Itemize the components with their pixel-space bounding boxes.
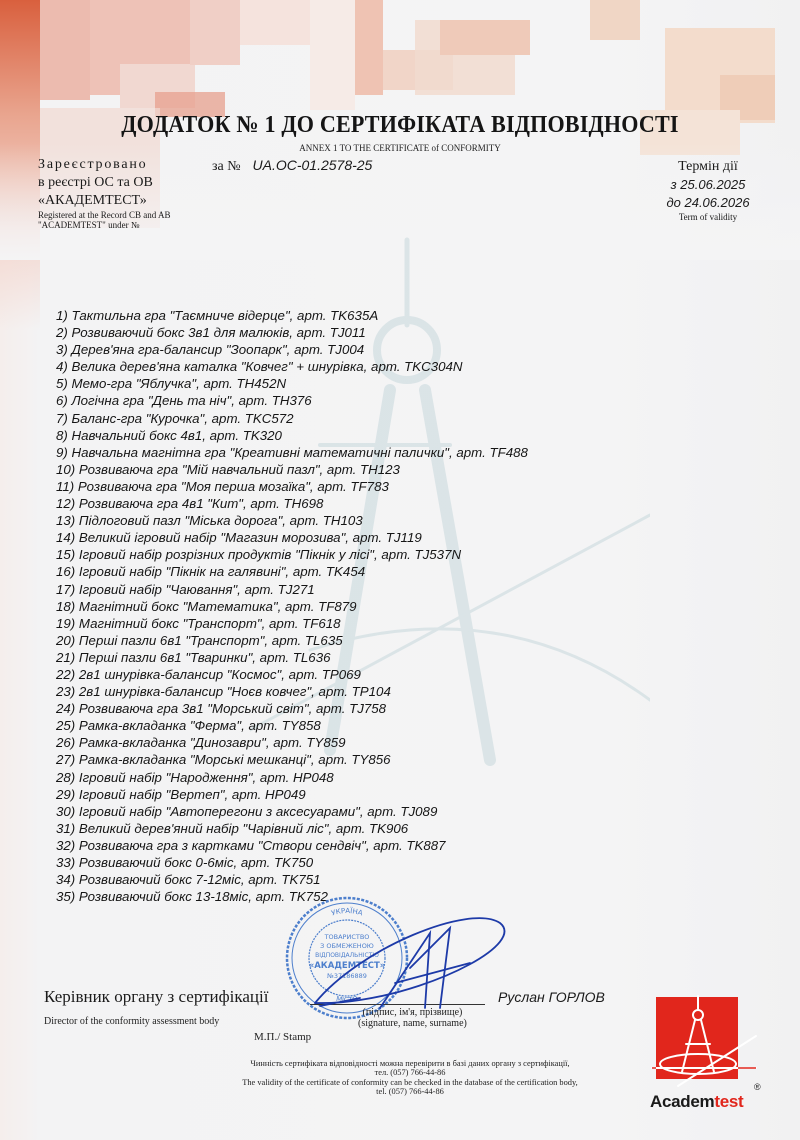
footer-line-4: tel. (057) 766-44-86 bbox=[180, 1087, 640, 1096]
product-list-item: 20) Перші пазли 6в1 "Транспорт", арт. TL… bbox=[56, 632, 528, 649]
product-list-item: 32) Розвиваюча гра з картками "Створи се… bbox=[56, 837, 528, 854]
registration-en-line-1: Registered at the Record CB and AB bbox=[38, 210, 170, 220]
footer-line-3: The validity of the certificate of confo… bbox=[180, 1078, 640, 1087]
product-list-item: 24) Розвиваюча гра 3в1 "Морський світ", … bbox=[56, 700, 528, 717]
product-list-item: 6) Логічна гра "День та ніч", арт. TH376 bbox=[56, 392, 528, 409]
product-list-item: 34) Розвиваючий бокс 7-12міс, арт. TK751 bbox=[56, 871, 528, 888]
certificate-number-value: UA.OC-01.2578-25 bbox=[253, 157, 373, 173]
document-subtitle: ANNEX 1 TO THE CERTIFICATE of CONFORMITY bbox=[0, 143, 800, 153]
product-list-item: 5) Мемо-гра "Яблучка", арт. TH452N bbox=[56, 375, 528, 392]
certificate-number-prefix: за № bbox=[212, 159, 241, 174]
product-list-item: 4) Велика дерев'яна каталка "Ковчег" + ш… bbox=[56, 358, 528, 375]
certificate-annex-page: ДОДАТОК № 1 ДО СЕРТИФІКАТА ВІДПОВІДНОСТІ… bbox=[0, 0, 800, 1140]
logo-text-dark: Academ bbox=[650, 1092, 714, 1111]
signature-hint-en: (signature, name, surname) bbox=[358, 1018, 467, 1029]
product-list-item: 31) Великий дерев'яний набір "Чарівний л… bbox=[56, 820, 528, 837]
product-list-item: 16) Ігровий набір "Пікнік на галявині", … bbox=[56, 563, 528, 580]
signatory-role-en: Director of the conformity assessment bo… bbox=[44, 1016, 219, 1027]
product-list-item: 30) Ігровий набір "Автоперегони з аксесу… bbox=[56, 803, 528, 820]
stamp-label: М.П./ Stamp bbox=[254, 1031, 311, 1043]
registration-block: Зареєстровано в реєстрі ОС та ОВ «АКАДЕМ… bbox=[38, 156, 170, 230]
product-list-item: 33) Розвиваючий бокс 0-6міс, арт. TK750 bbox=[56, 854, 528, 871]
product-list-item: 25) Рамка-вкладанка "Ферма", арт. TY858 bbox=[56, 717, 528, 734]
footer-line-1: Чинність сертифіката відповідності можна… bbox=[180, 1059, 640, 1068]
logo-text-accent: test bbox=[714, 1092, 743, 1111]
footer-note: Чинність сертифіката відповідності можна… bbox=[180, 1059, 640, 1097]
product-list-item: 11) Розвиваюча гра "Моя перша мозаїка", … bbox=[56, 478, 528, 495]
document-title: ДОДАТОК № 1 ДО СЕРТИФІКАТА ВІДПОВІДНОСТІ bbox=[32, 112, 768, 139]
certificate-number: за № UA.OC-01.2578-25 bbox=[212, 157, 372, 175]
product-list-item: 3) Дерев'яна гра-балансир "Зоопарк", арт… bbox=[56, 341, 528, 358]
footer-line-2: тел. (057) 766-44-86 bbox=[180, 1068, 640, 1077]
validity-from: з 25.06.2025 bbox=[658, 176, 758, 194]
registered-mark: ® bbox=[754, 1082, 761, 1092]
signatory-role: Керівник органу з сертифікації bbox=[44, 987, 268, 1007]
registration-line-1: Зареєстровано bbox=[38, 156, 170, 174]
handwritten-signature-icon bbox=[300, 908, 530, 1018]
registration-line-2: в реєстрі ОС та ОВ bbox=[38, 174, 170, 192]
product-list-item: 15) Ігровий набір розрізних продуктів "П… bbox=[56, 546, 528, 563]
product-list-item: 13) Підлоговий пазл "Міська дорога", арт… bbox=[56, 512, 528, 529]
product-list-item: 19) Магнітний бокс "Транспорт", арт. TF6… bbox=[56, 615, 528, 632]
product-list-item: 1) Тактильна гра "Таємниче відерце", арт… bbox=[56, 307, 528, 324]
validity-to: до 24.06.2026 bbox=[658, 194, 758, 212]
compass-logo-icon bbox=[650, 994, 770, 1089]
product-list-item: 23) 2в1 шнурівка-балансир "Ноєв ковчег",… bbox=[56, 683, 528, 700]
validity-en-label: Term of validity bbox=[658, 212, 758, 222]
product-list-item: 27) Рамка-вкладанка "Морські мешканці", … bbox=[56, 751, 528, 768]
product-list-item: 14) Великий ігровий набір "Магазин мороз… bbox=[56, 529, 528, 546]
product-list-item: 26) Рамка-вкладанка "Динозаври", арт. TY… bbox=[56, 734, 528, 751]
logo-wordmark: Academtest bbox=[650, 1092, 743, 1112]
product-list-item: 8) Навчальний бокс 4в1, арт. TK320 bbox=[56, 427, 528, 444]
product-list-item: 2) Розвиваючий бокс 3в1 для малюків, арт… bbox=[56, 324, 528, 341]
registration-line-3: «АКАДЕМТЕСТ» bbox=[38, 192, 170, 210]
product-list-item: 22) 2в1 шнурівка-балансир "Космос", арт.… bbox=[56, 666, 528, 683]
product-list-item: 29) Ігровий набір "Вертеп", арт. HP049 bbox=[56, 786, 528, 803]
product-list-item: 18) Магнітний бокс "Математика", арт. TF… bbox=[56, 598, 528, 615]
validity-heading: Термін дії bbox=[658, 158, 758, 176]
academtest-logo: Academtest ® bbox=[650, 994, 770, 1114]
product-list-item: 9) Навчальна магнітна гра "Креативні мат… bbox=[56, 444, 528, 461]
product-list-item: 17) Ігровий набір "Чаювання", арт. TJ271 bbox=[56, 581, 528, 598]
product-list-item: 21) Перші пазли 6в1 "Тваринки", арт. TL6… bbox=[56, 649, 528, 666]
product-list-item: 12) Розвиваюча гра 4в1 "Кит", арт. TH698 bbox=[56, 495, 528, 512]
product-list-item: 28) Ігровий набір "Народження", арт. HP0… bbox=[56, 769, 528, 786]
product-list-item: 7) Баланс-гра "Курочка", арт. TKC572 bbox=[56, 410, 528, 427]
product-list-item: 10) Розвиваюча гра "Мій навчальний пазл"… bbox=[56, 461, 528, 478]
registration-en-line-2: "ACADEMTEST" under № bbox=[38, 220, 170, 230]
validity-block: Термін дії з 25.06.2025 до 24.06.2026 Te… bbox=[658, 158, 758, 222]
product-list: 1) Тактильна гра "Таємниче відерце", арт… bbox=[56, 307, 528, 905]
